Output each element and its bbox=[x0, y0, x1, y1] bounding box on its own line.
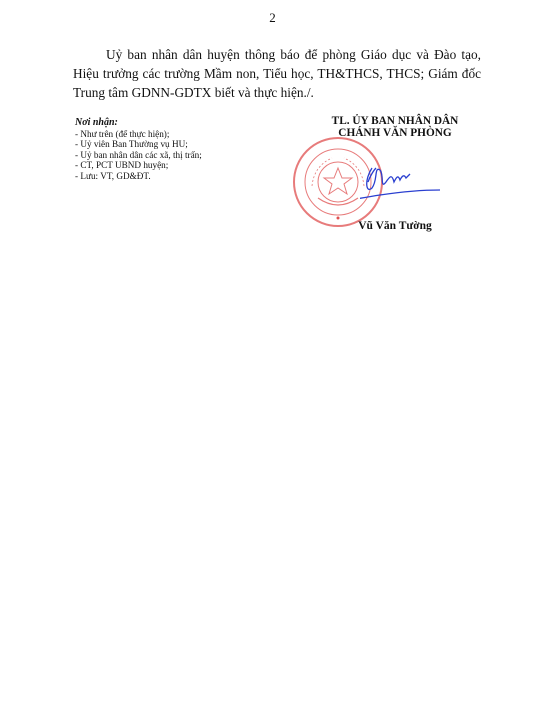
paragraph-line: Hiệu trưởng các trường Mầm non, Tiểu học… bbox=[73, 64, 481, 83]
signer-name: Vũ Văn Tường bbox=[300, 220, 490, 232]
signature-icon bbox=[360, 160, 440, 210]
recipient-item: - Uỷ ban nhân dân các xã, thị trấn; bbox=[75, 150, 202, 161]
paragraph-line: Trung tâm GDNN-GDTX biết và thực hiện./. bbox=[73, 83, 481, 102]
recipient-item: - CT, PCT UBND huyện; bbox=[75, 160, 202, 171]
page-number: 2 bbox=[0, 10, 545, 26]
recipient-item: - Như trên (để thực hiện); bbox=[75, 129, 202, 140]
paragraph-line: Uỷ ban nhân dân huyện thông báo để phòng… bbox=[73, 45, 481, 64]
recipients-title: Nơi nhận: bbox=[75, 118, 202, 129]
notice-paragraph: Uỷ ban nhân dân huyện thông báo để phòng… bbox=[73, 45, 481, 102]
signer-title: CHÁNH VĂN PHÒNG bbox=[300, 127, 490, 139]
signature-block: TL. ỦY BAN NHÂN DÂN CHÁNH VĂN PHÒNG Vũ V… bbox=[300, 115, 490, 139]
signer-authority: TL. ỦY BAN NHÂN DÂN bbox=[300, 115, 490, 127]
recipients-block: Nơi nhận: - Như trên (để thực hiện); - U… bbox=[75, 118, 202, 182]
recipient-item: - Lưu: VT, GD&ĐT. bbox=[75, 171, 202, 182]
recipient-item: - Uỷ viên Ban Thường vụ HU; bbox=[75, 139, 202, 150]
